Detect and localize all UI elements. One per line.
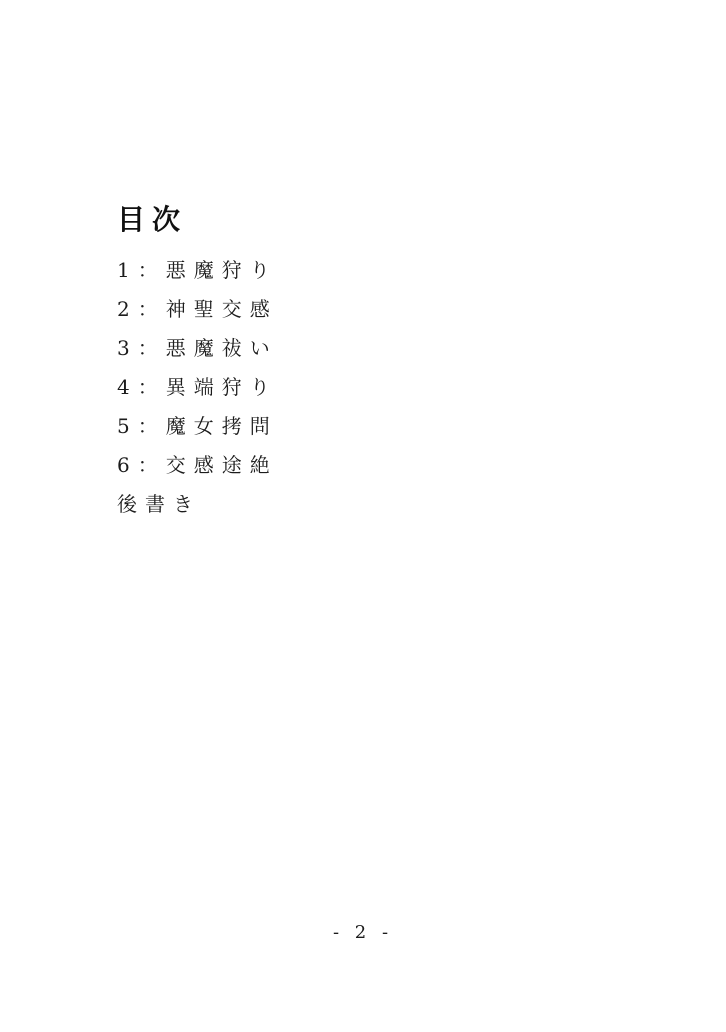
- toc-entry: 3：悪魔祓い: [117, 329, 278, 368]
- toc-list: 1：悪魔狩り 2：神聖交感 3：悪魔祓い 4：異端狩り 5：魔女拷問 6：交感途…: [117, 251, 278, 524]
- toc-entry: 2：神聖交感: [117, 290, 278, 329]
- toc-entry: 5：魔女拷問: [117, 407, 278, 446]
- toc-entry-afterword: 後書き: [117, 485, 278, 524]
- toc-section: 目次 1：悪魔狩り 2：神聖交感 3：悪魔祓い 4：異端狩り 5：魔女拷問 6：…: [117, 203, 278, 524]
- toc-entry: 6：交感途絶: [117, 446, 278, 485]
- document-page: 目次 1：悪魔狩り 2：神聖交感 3：悪魔祓い 4：異端狩り 5：魔女拷問 6：…: [0, 0, 726, 1032]
- toc-entry: 4：異端狩り: [117, 368, 278, 407]
- toc-heading: 目次: [117, 203, 278, 237]
- toc-entry: 1：悪魔狩り: [117, 251, 278, 290]
- page-number: - 2 -: [0, 922, 726, 943]
